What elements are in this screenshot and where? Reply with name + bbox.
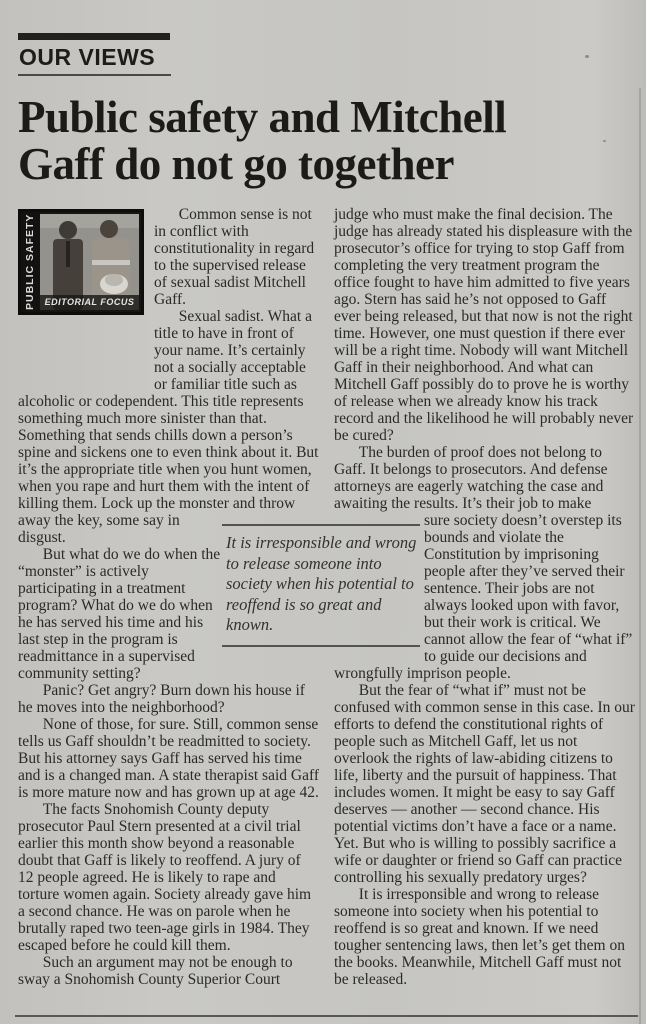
kicker-bottom-rule: [18, 74, 171, 76]
editorial-logo: PUBLIC SAFETY: [18, 209, 144, 385]
paragraph: Such an argument may not be enough to sw…: [18, 954, 320, 988]
page-edge-line: [639, 88, 641, 1024]
paragraph: The burden of proof does not belong to G…: [334, 444, 636, 512]
paragraph: But the fear of “what if” must not be co…: [334, 682, 636, 886]
paragraph: The facts Snohomish County deputy prosec…: [18, 801, 320, 954]
paragraph: None of those, for sure. Still, common s…: [18, 716, 320, 801]
logo-public-safety-label: PUBLIC SAFETY: [21, 212, 40, 312]
paragraph: Panic? Get angry? Burn down his house if…: [18, 682, 320, 716]
headline-line-2: Gaff do not go together: [18, 141, 636, 188]
paragraph: It is irresponsible and wrong to release…: [334, 886, 636, 988]
newspaper-page: OUR VIEWS Public safety and Mitchell Gaf…: [0, 0, 646, 1024]
print-speck: [603, 140, 606, 142]
logo-frame: PUBLIC SAFETY: [18, 209, 144, 315]
kicker-top-bar: [18, 33, 170, 40]
article-body: PUBLIC SAFETY: [18, 206, 636, 988]
section-title: OUR VIEWS: [19, 44, 636, 71]
section-kicker: OUR VIEWS: [18, 33, 636, 76]
print-speck: [585, 55, 589, 58]
bottom-rule: [15, 1015, 638, 1017]
headline: Public safety and Mitchell Gaff do not g…: [18, 94, 636, 188]
pull-quote: It is irresponsible and wrong to release…: [222, 524, 420, 647]
pull-quote-text: It is irresponsible and wrong to release…: [226, 533, 418, 636]
headline-line-1: Public safety and Mitchell: [18, 94, 636, 141]
paragraph: judge who must make the final decision. …: [334, 206, 636, 444]
logo-caption: EDITORIAL FOCUS: [40, 295, 139, 310]
